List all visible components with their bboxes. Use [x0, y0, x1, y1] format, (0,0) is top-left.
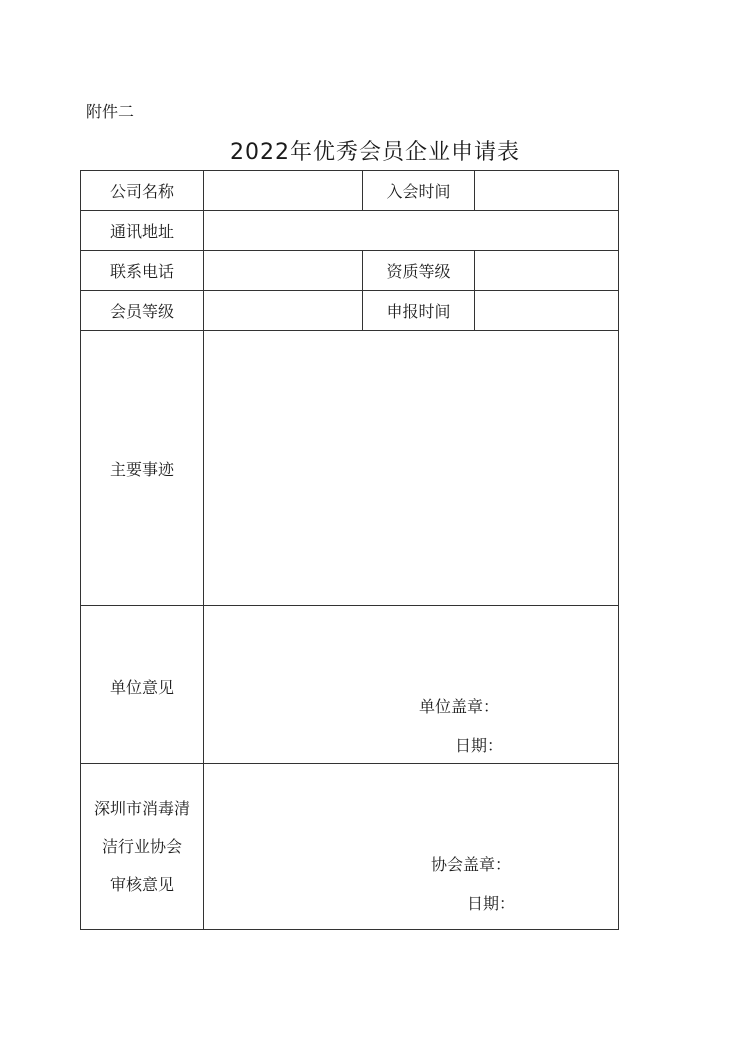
address-label: 通讯地址 [81, 211, 204, 251]
assoc-opinion-label: 深圳市消毒清 洁行业协会 审核意见 [81, 764, 204, 930]
company-name-field[interactable] [204, 171, 363, 211]
row-phone: 联系电话 资质等级 [81, 251, 619, 291]
unit-opinion-label: 单位意见 [81, 606, 204, 764]
row-company: 公司名称 入会时间 [81, 171, 619, 211]
achievements-field[interactable] [204, 331, 619, 606]
row-unit-opinion: 单位意见 单位盖章： 日期： [81, 606, 619, 764]
phone-field[interactable] [204, 251, 363, 291]
company-name-label: 公司名称 [81, 171, 204, 211]
attachment-label: 附件二 [86, 99, 134, 122]
assoc-seal-label: 协会盖章： [431, 852, 511, 875]
assoc-opinion-line-2: 洁行业协会 [81, 828, 203, 866]
row-achievements: 主要事迹 [81, 331, 619, 606]
assoc-opinion-line-3: 审核意见 [81, 866, 203, 904]
join-date-field[interactable] [475, 171, 619, 211]
member-level-field[interactable] [204, 291, 363, 331]
address-field[interactable] [204, 211, 619, 251]
achievements-label: 主要事迹 [81, 331, 204, 606]
qualification-label: 资质等级 [363, 251, 475, 291]
assoc-opinion-line-1: 深圳市消毒清 [81, 790, 203, 828]
unit-opinion-text: 单位意见 [110, 678, 174, 697]
phone-label: 联系电话 [81, 251, 204, 291]
apply-date-field[interactable] [475, 291, 619, 331]
apply-date-label: 申报时间 [363, 291, 475, 331]
unit-seal-label: 单位盖章： [419, 694, 499, 717]
unit-opinion-field[interactable]: 单位盖章： 日期： [204, 606, 619, 764]
assoc-opinion-field[interactable]: 协会盖章： 日期： [204, 764, 619, 930]
unit-date-label: 日期： [455, 733, 503, 756]
row-member-level: 会员等级 申报时间 [81, 291, 619, 331]
row-assoc-opinion: 深圳市消毒清 洁行业协会 审核意见 协会盖章： 日期： [81, 764, 619, 930]
qualification-field[interactable] [475, 251, 619, 291]
row-address: 通讯地址 [81, 211, 619, 251]
application-form-table: 公司名称 入会时间 通讯地址 联系电话 资质等级 会员等级 申报时间 主要事迹 … [80, 170, 619, 930]
join-date-label: 入会时间 [363, 171, 475, 211]
assoc-date-label: 日期： [467, 891, 515, 914]
form-title: 2022年优秀会员企业申请表 [0, 135, 750, 166]
member-level-label: 会员等级 [81, 291, 204, 331]
